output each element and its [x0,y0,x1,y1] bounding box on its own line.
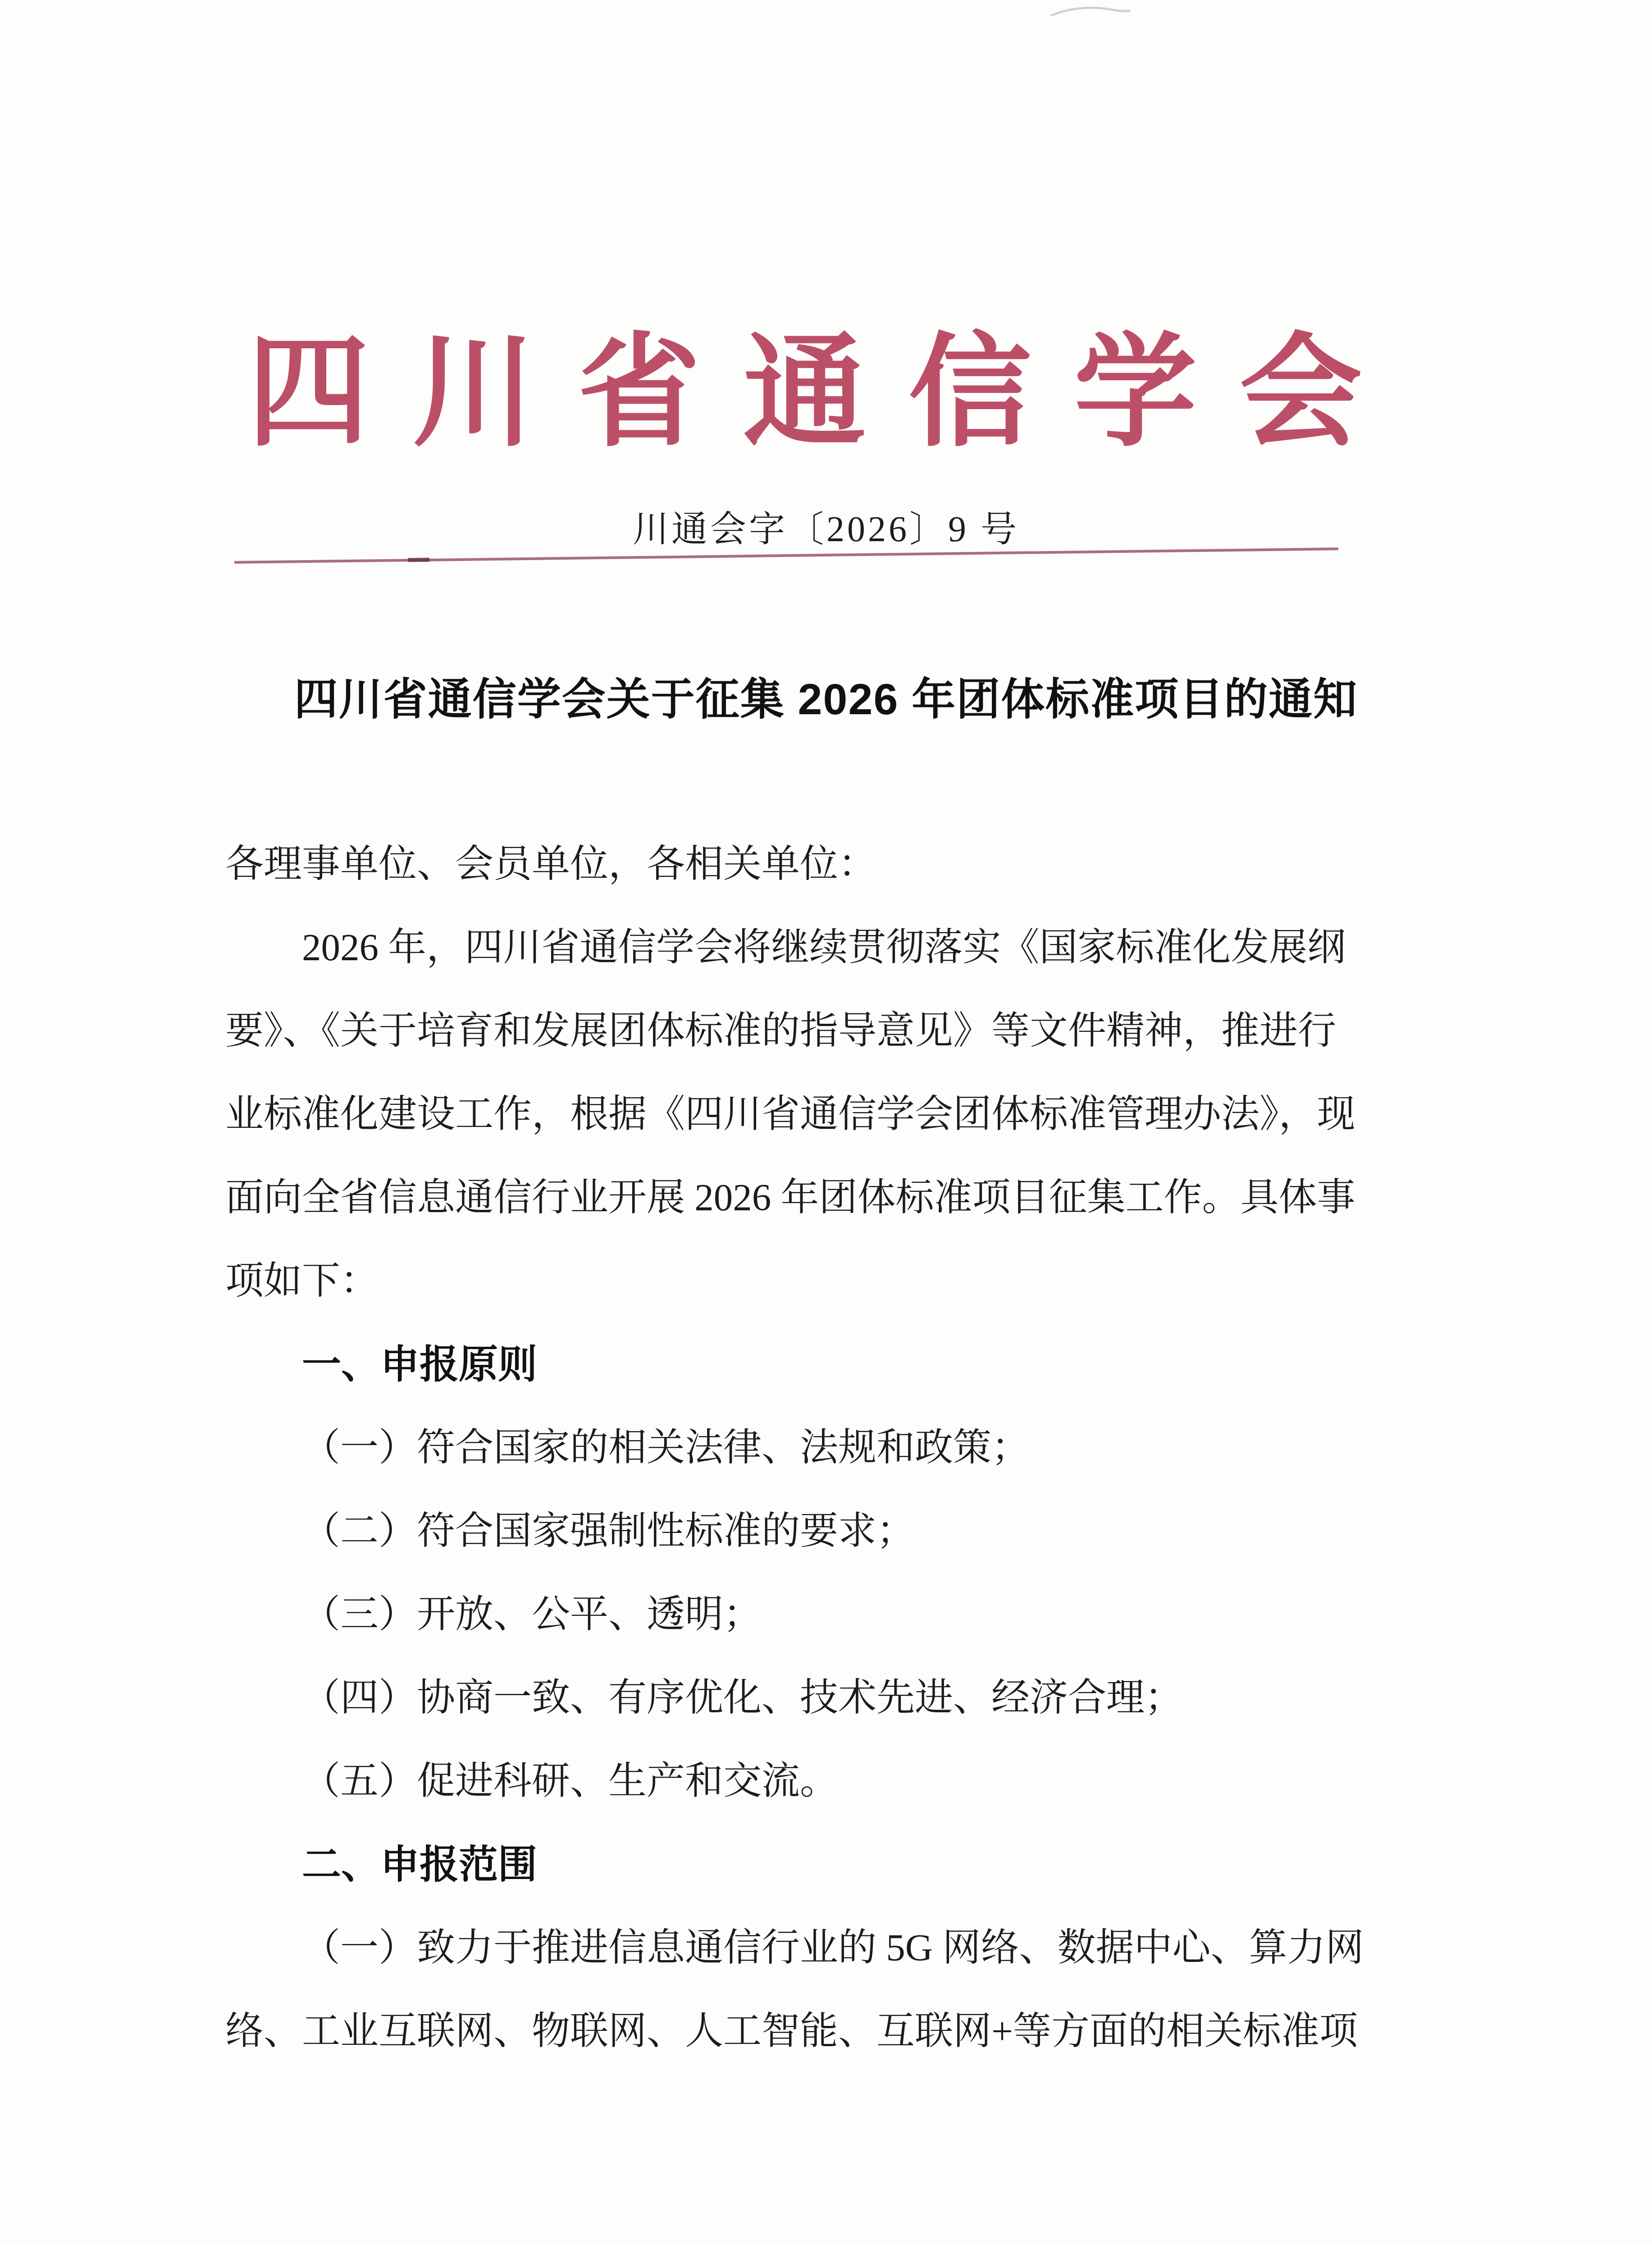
paragraph-line: 项如下： [225,1240,1397,1323]
scan-artifact-speck [408,558,429,562]
section-heading: 一、申报原则 [225,1323,1397,1406]
notice-body: 各理事单位、会员单位，各相关单位：2026 年，四川省通信学会将继续贯彻落实《国… [225,823,1397,2073]
paragraph-line: 2026 年，四川省通信学会将继续贯彻落实《国家标准化发展纲 [225,906,1397,990]
paragraph-line: 面向全省信息通信行业开展 2026 年团体标准项目征集工作。具体事 [225,1156,1397,1240]
list-item: （一）符合国家的相关法律、法规和政策； [225,1406,1397,1490]
paragraph-line: 要》、《关于培育和发展团体标准的指导意见》等文件精神，推进行 [225,990,1397,1073]
list-item: （二）符合国家强制性标准的要求； [225,1490,1397,1573]
letterhead-doc-number: 川通会字〔2026〕9 号 [0,505,1652,554]
paragraph-line: 络、工业互联网、物联网、人工智能、互联网+等方面的相关标准项 [225,1990,1397,2073]
notice-title: 四川省通信学会关于征集 2026 年团体标准项目的通知 [0,659,1652,740]
salutation: 各理事单位、会员单位，各相关单位： [225,823,1397,906]
list-item: （四）协商一致、有序优化、技术先进、经济合理； [225,1656,1397,1740]
scan-artifact-curve [1050,2,1131,22]
document-page: 四川省通信学会 川通会字〔2026〕9 号 四川省通信学会关于征集 2026 年… [0,0,1652,2244]
list-item: （三）开放、公平、透明； [225,1573,1397,1656]
list-item: （一）致力于推进信息通信行业的 5G 网络、数据中心、算力网 [225,1906,1397,1990]
paragraph-line: 业标准化建设工作，根据《四川省通信学会团体标准管理办法》，现 [225,1073,1397,1156]
section-heading: 二、申报范围 [225,1823,1397,1906]
letterhead-org-name: 四川省通信学会 [0,321,1652,465]
list-item: （五）促进科研、生产和交流。 [225,1740,1397,1823]
